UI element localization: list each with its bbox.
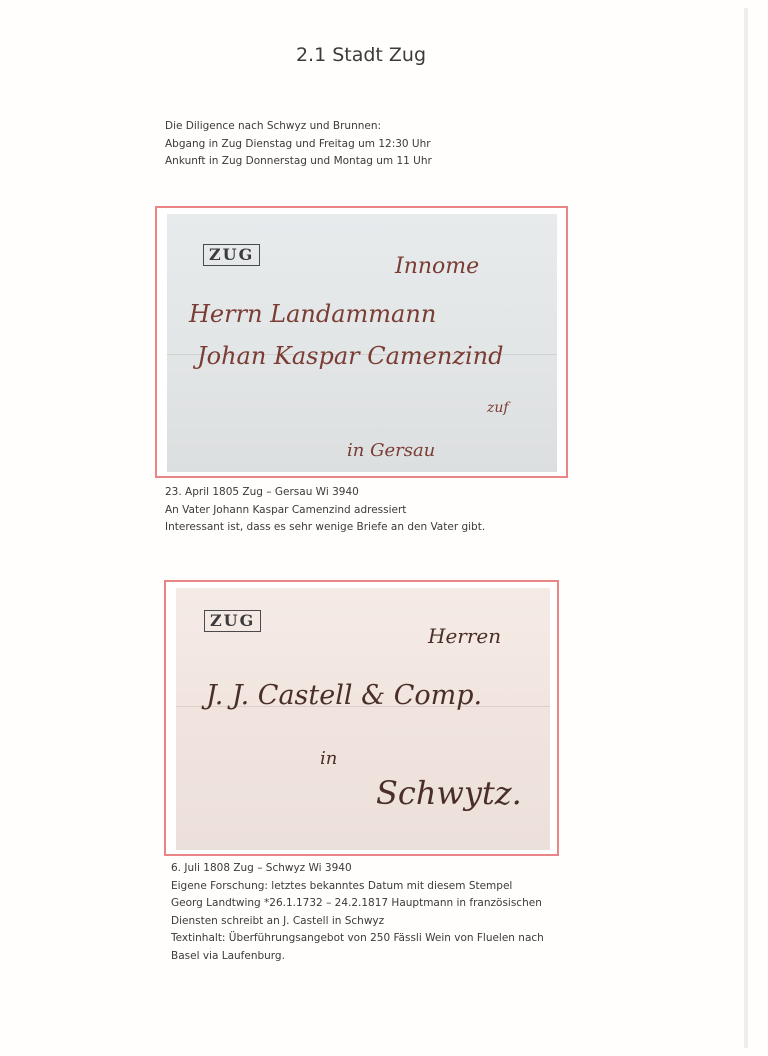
- caption-line: 6. Juli 1808 Zug – Schwyz Wi 3940: [171, 860, 544, 878]
- caption-line: Eigene Forschung: letztes bekanntes Datu…: [171, 878, 544, 896]
- caption-line: Georg Landtwing *26.1.1732 – 24.2.1817 H…: [171, 895, 544, 913]
- intro-line: Die Diligence nach Schwyz und Brunnen:: [165, 118, 432, 136]
- letter-2-frame: ZUG Herren J. J. Castell & Comp. in Schw…: [164, 580, 559, 856]
- caption-line: Textinhalt: Überführungsangebot von 250 …: [171, 930, 544, 948]
- handwriting-line: J. J. Castell & Comp.: [206, 680, 482, 711]
- handwriting-line: Herren: [428, 624, 501, 648]
- handwriting-line: Schwytz.: [376, 774, 522, 812]
- handwriting-line: zuf: [487, 400, 509, 416]
- caption-line: An Vater Johann Kaspar Camenzind adressi…: [165, 502, 485, 520]
- letter-1-frame: ZUG Innome Herrn Landammann Johan Kaspar…: [155, 206, 568, 478]
- zug-stamp: ZUG: [204, 610, 261, 632]
- handwriting-line: Herrn Landammann: [189, 300, 436, 328]
- page-title: 2.1 Stadt Zug: [0, 44, 722, 66]
- caption-line: Interessant ist, dass es sehr wenige Bri…: [165, 519, 485, 537]
- caption-line: 23. April 1805 Zug – Gersau Wi 3940: [165, 484, 485, 502]
- handwriting-line: Innome: [395, 254, 479, 279]
- letter-2-image: ZUG Herren J. J. Castell & Comp. in Schw…: [176, 588, 550, 850]
- letter-2-caption: 6. Juli 1808 Zug – Schwyz Wi 3940 Eigene…: [171, 860, 544, 965]
- handwriting-line: Johan Kaspar Camenzind: [197, 342, 503, 370]
- page-edge: [744, 8, 748, 1048]
- zug-stamp: ZUG: [203, 244, 260, 266]
- intro-line: Ankunft in Zug Donnerstag und Montag um …: [165, 153, 432, 171]
- intro-text: Die Diligence nach Schwyz und Brunnen: A…: [165, 118, 432, 171]
- handwriting-line: in Gersau: [347, 440, 435, 461]
- handwriting-line: in: [320, 748, 337, 769]
- caption-line: Basel via Laufenburg.: [171, 948, 544, 966]
- intro-line: Abgang in Zug Dienstag und Freitag um 12…: [165, 136, 432, 154]
- letter-1-image: ZUG Innome Herrn Landammann Johan Kaspar…: [167, 214, 557, 472]
- caption-line: Diensten schreibt an J. Castell in Schwy…: [171, 913, 544, 931]
- letter-1-caption: 23. April 1805 Zug – Gersau Wi 3940 An V…: [165, 484, 485, 537]
